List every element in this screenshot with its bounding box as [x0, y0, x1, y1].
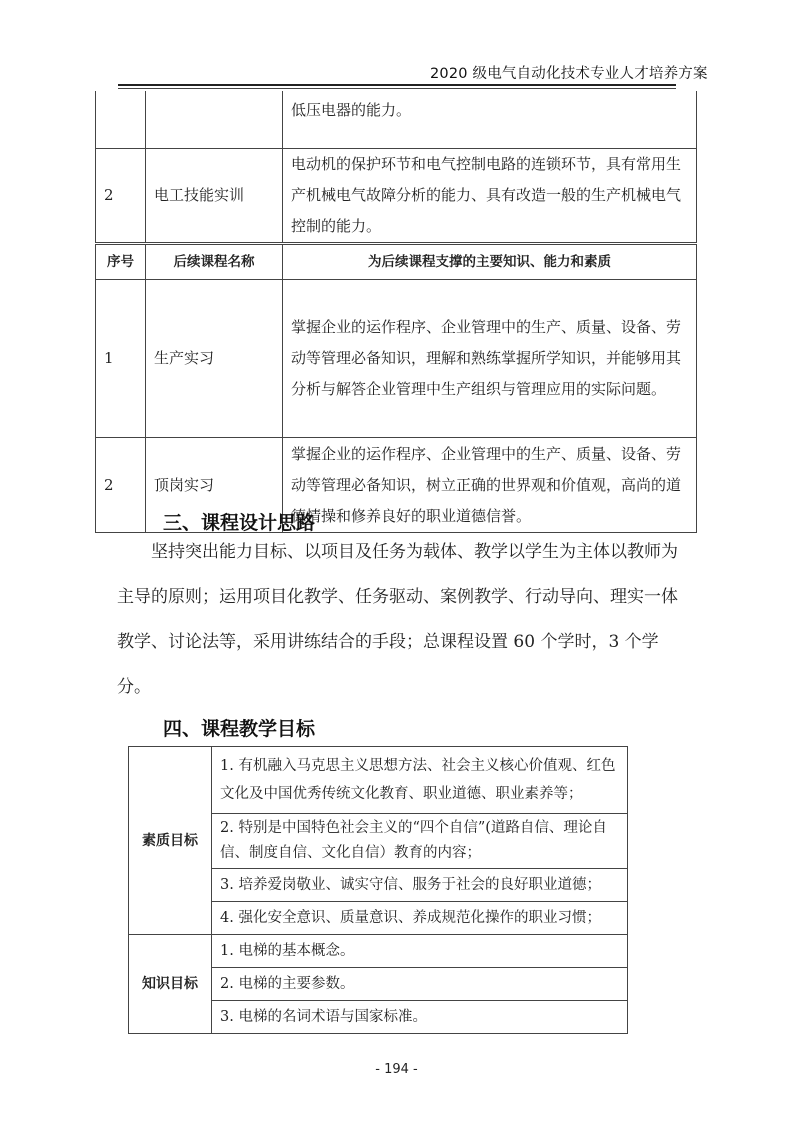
row-course-name — [146, 91, 283, 149]
table-row: 1 生产实习 掌握企业的运作程序、企业管理中的生产、质量、设备、劳动等管理必备知… — [96, 280, 697, 438]
teaching-goals-table: 素质目标 1. 有机融入马克思主义思想方法、社会主义核心价值观、红色文化及中国优… — [128, 746, 628, 1034]
page-number: - 194 - — [0, 1062, 793, 1077]
goal-item: 3. 培养爱岗敬业、诚实守信、服务于社会的良好职业道德； — [212, 869, 628, 902]
table-row: 2 电工技能实训 电动机的保护环节和电气控制电路的连锁环节，具有常用生产机械电气… — [96, 149, 697, 243]
row-index: 2 — [96, 149, 146, 243]
document-header-title: 2020 级电气自动化技术专业人才培养方案 — [430, 62, 730, 83]
goal-item: 2. 特别是中国特色社会主义的“四个自信”(道路自信、理论自信、制度自信、文化自… — [212, 814, 628, 869]
goal-item: 3. 电梯的名词术语与国家标准。 — [212, 1001, 628, 1034]
column-header-course-name: 后续课程名称 — [146, 245, 283, 280]
header-rule-thin — [118, 88, 676, 89]
table-row: 知识目标 1. 电梯的基本概念。 — [129, 935, 628, 968]
row-course-name: 电工技能实训 — [146, 149, 283, 243]
goal-category-knowledge: 知识目标 — [129, 935, 212, 1034]
goal-item: 1. 有机融入马克思主义思想方法、社会主义核心价值观、红色文化及中国优秀传统文化… — [212, 747, 628, 814]
column-header-support: 为后续课程支撑的主要知识、能力和素质 — [283, 245, 697, 280]
column-header-index: 序号 — [96, 245, 146, 280]
table-row: 素质目标 1. 有机融入马克思主义思想方法、社会主义核心价值观、红色文化及中国优… — [129, 747, 628, 814]
goal-item: 2. 电梯的主要参数。 — [212, 968, 628, 1001]
section-heading-teaching-goals: 四、课程教学目标 — [163, 714, 315, 741]
row-index — [96, 91, 146, 149]
row-content: 电动机的保护环节和电气控制电路的连锁环节，具有常用生产机械电气故障分析的能力、具… — [283, 149, 697, 243]
follow-up-course-table: 序号 后续课程名称 为后续课程支撑的主要知识、能力和素质 1 生产实习 掌握企业… — [95, 244, 697, 533]
table-row: 低压电器的能力。 — [96, 91, 697, 149]
course-design-paragraph: 坚持突出能力目标、以项目及任务为载体、教学以学生为主体以教师为主导的原则；运用项… — [117, 530, 682, 710]
header-rule — [118, 84, 676, 86]
goal-item: 1. 电梯的基本概念。 — [212, 935, 628, 968]
row-content: 低压电器的能力。 — [283, 91, 697, 149]
goal-item: 4. 强化安全意识、质量意识、养成规范化操作的职业习惯； — [212, 902, 628, 935]
goal-category-quality: 素质目标 — [129, 747, 212, 935]
prerequisite-course-table: 低压电器的能力。 2 电工技能实训 电动机的保护环节和电气控制电路的连锁环节，具… — [95, 91, 697, 243]
row-index: 1 — [96, 280, 146, 438]
row-course-name: 生产实习 — [146, 280, 283, 438]
course-design-text: 坚持突出能力目标、以项目及任务为载体、教学以学生为主体以教师为主导的原则；运用项… — [117, 542, 678, 697]
row-content: 掌握企业的运作程序、企业管理中的生产、质量、设备、劳动等管理必备知识，树立正确的… — [283, 438, 697, 533]
table-header-row: 序号 后续课程名称 为后续课程支撑的主要知识、能力和素质 — [96, 245, 697, 280]
row-index: 2 — [96, 438, 146, 533]
row-content: 掌握企业的运作程序、企业管理中的生产、质量、设备、劳动等管理必备知识，理解和熟练… — [283, 280, 697, 438]
